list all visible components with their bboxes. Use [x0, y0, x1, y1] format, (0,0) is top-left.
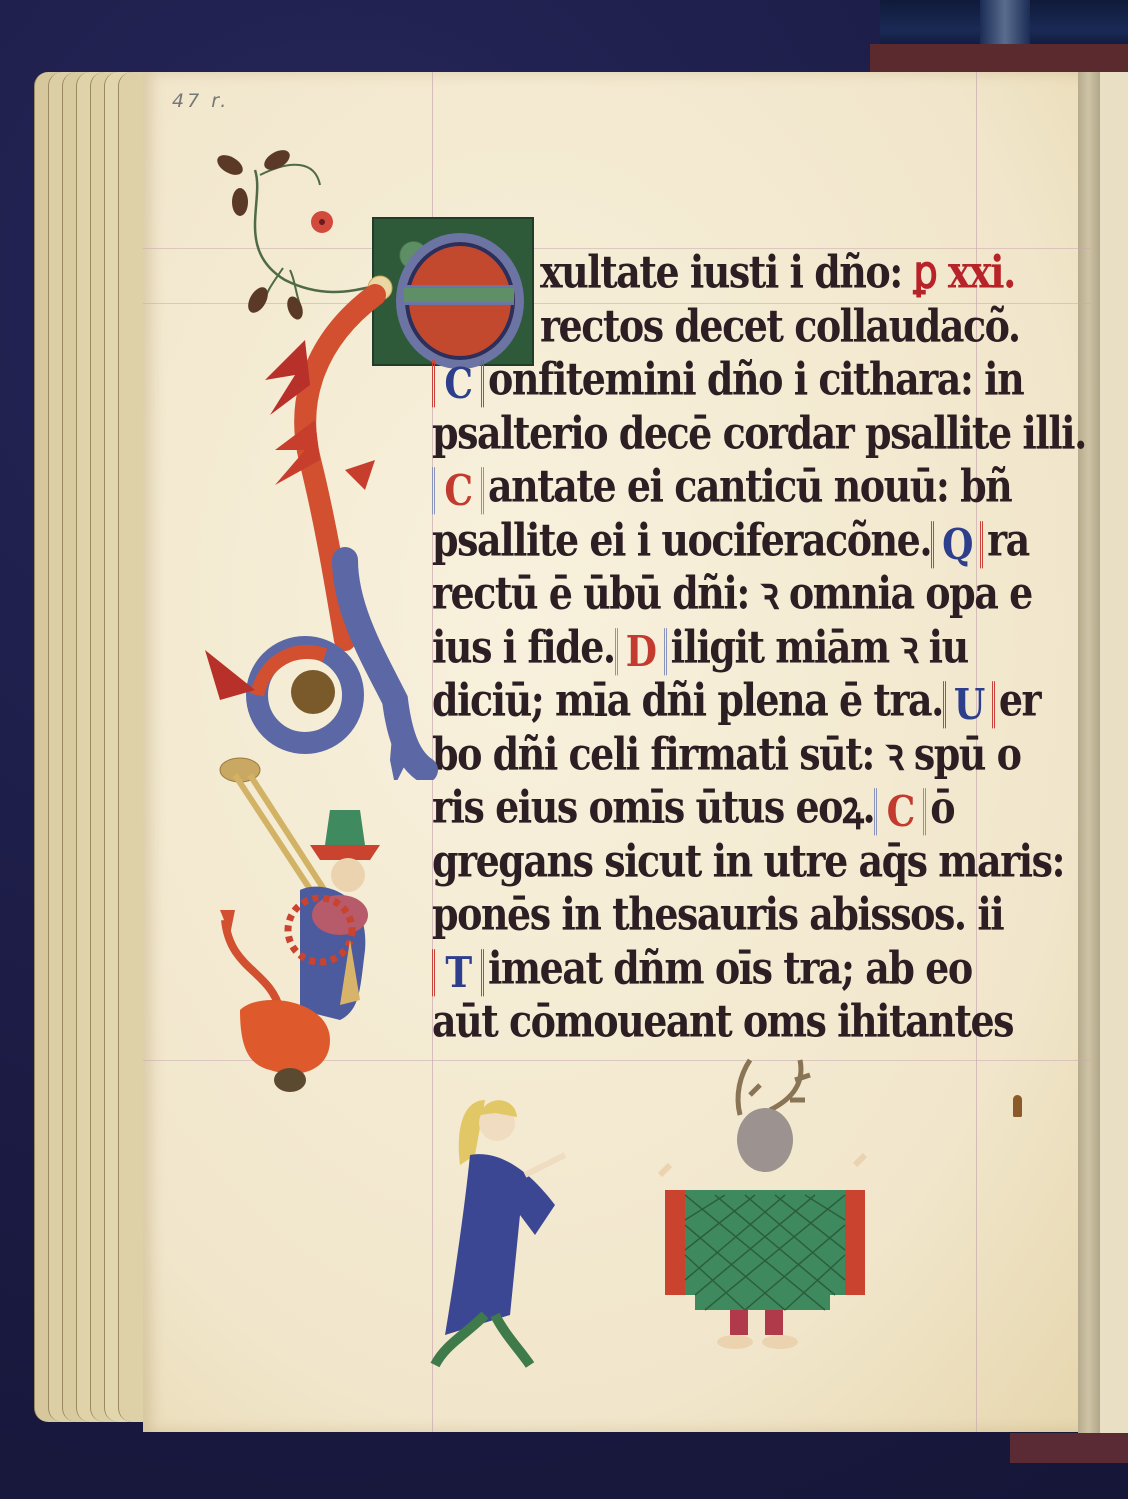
facing-page-edge: [1100, 72, 1128, 1434]
ink-blot: [1013, 1095, 1022, 1117]
bottom-leather-edge: [1010, 1433, 1128, 1463]
psalm-text: xultate iusti i dño: ꝑ xxi. rectos decet…: [432, 245, 1007, 1048]
top-binding: [880, 0, 1128, 50]
woman-figure-illustration: [425, 1095, 605, 1375]
page-stack: [34, 72, 154, 1422]
stag-figure-illustration: [640, 1055, 880, 1375]
text-line: aūt cōmoueant oms ihitantes: [432, 989, 1007, 1052]
binding-rod: [980, 0, 1030, 45]
decorated-initial: U: [943, 681, 995, 728]
bagpiper-illustration: [210, 750, 400, 1110]
rubric: ꝑ xxi.: [914, 245, 1015, 298]
foliage-border-illustration: [195, 140, 440, 780]
folio-number: 47 r.: [172, 90, 229, 112]
decorated-initial: C: [874, 788, 926, 835]
